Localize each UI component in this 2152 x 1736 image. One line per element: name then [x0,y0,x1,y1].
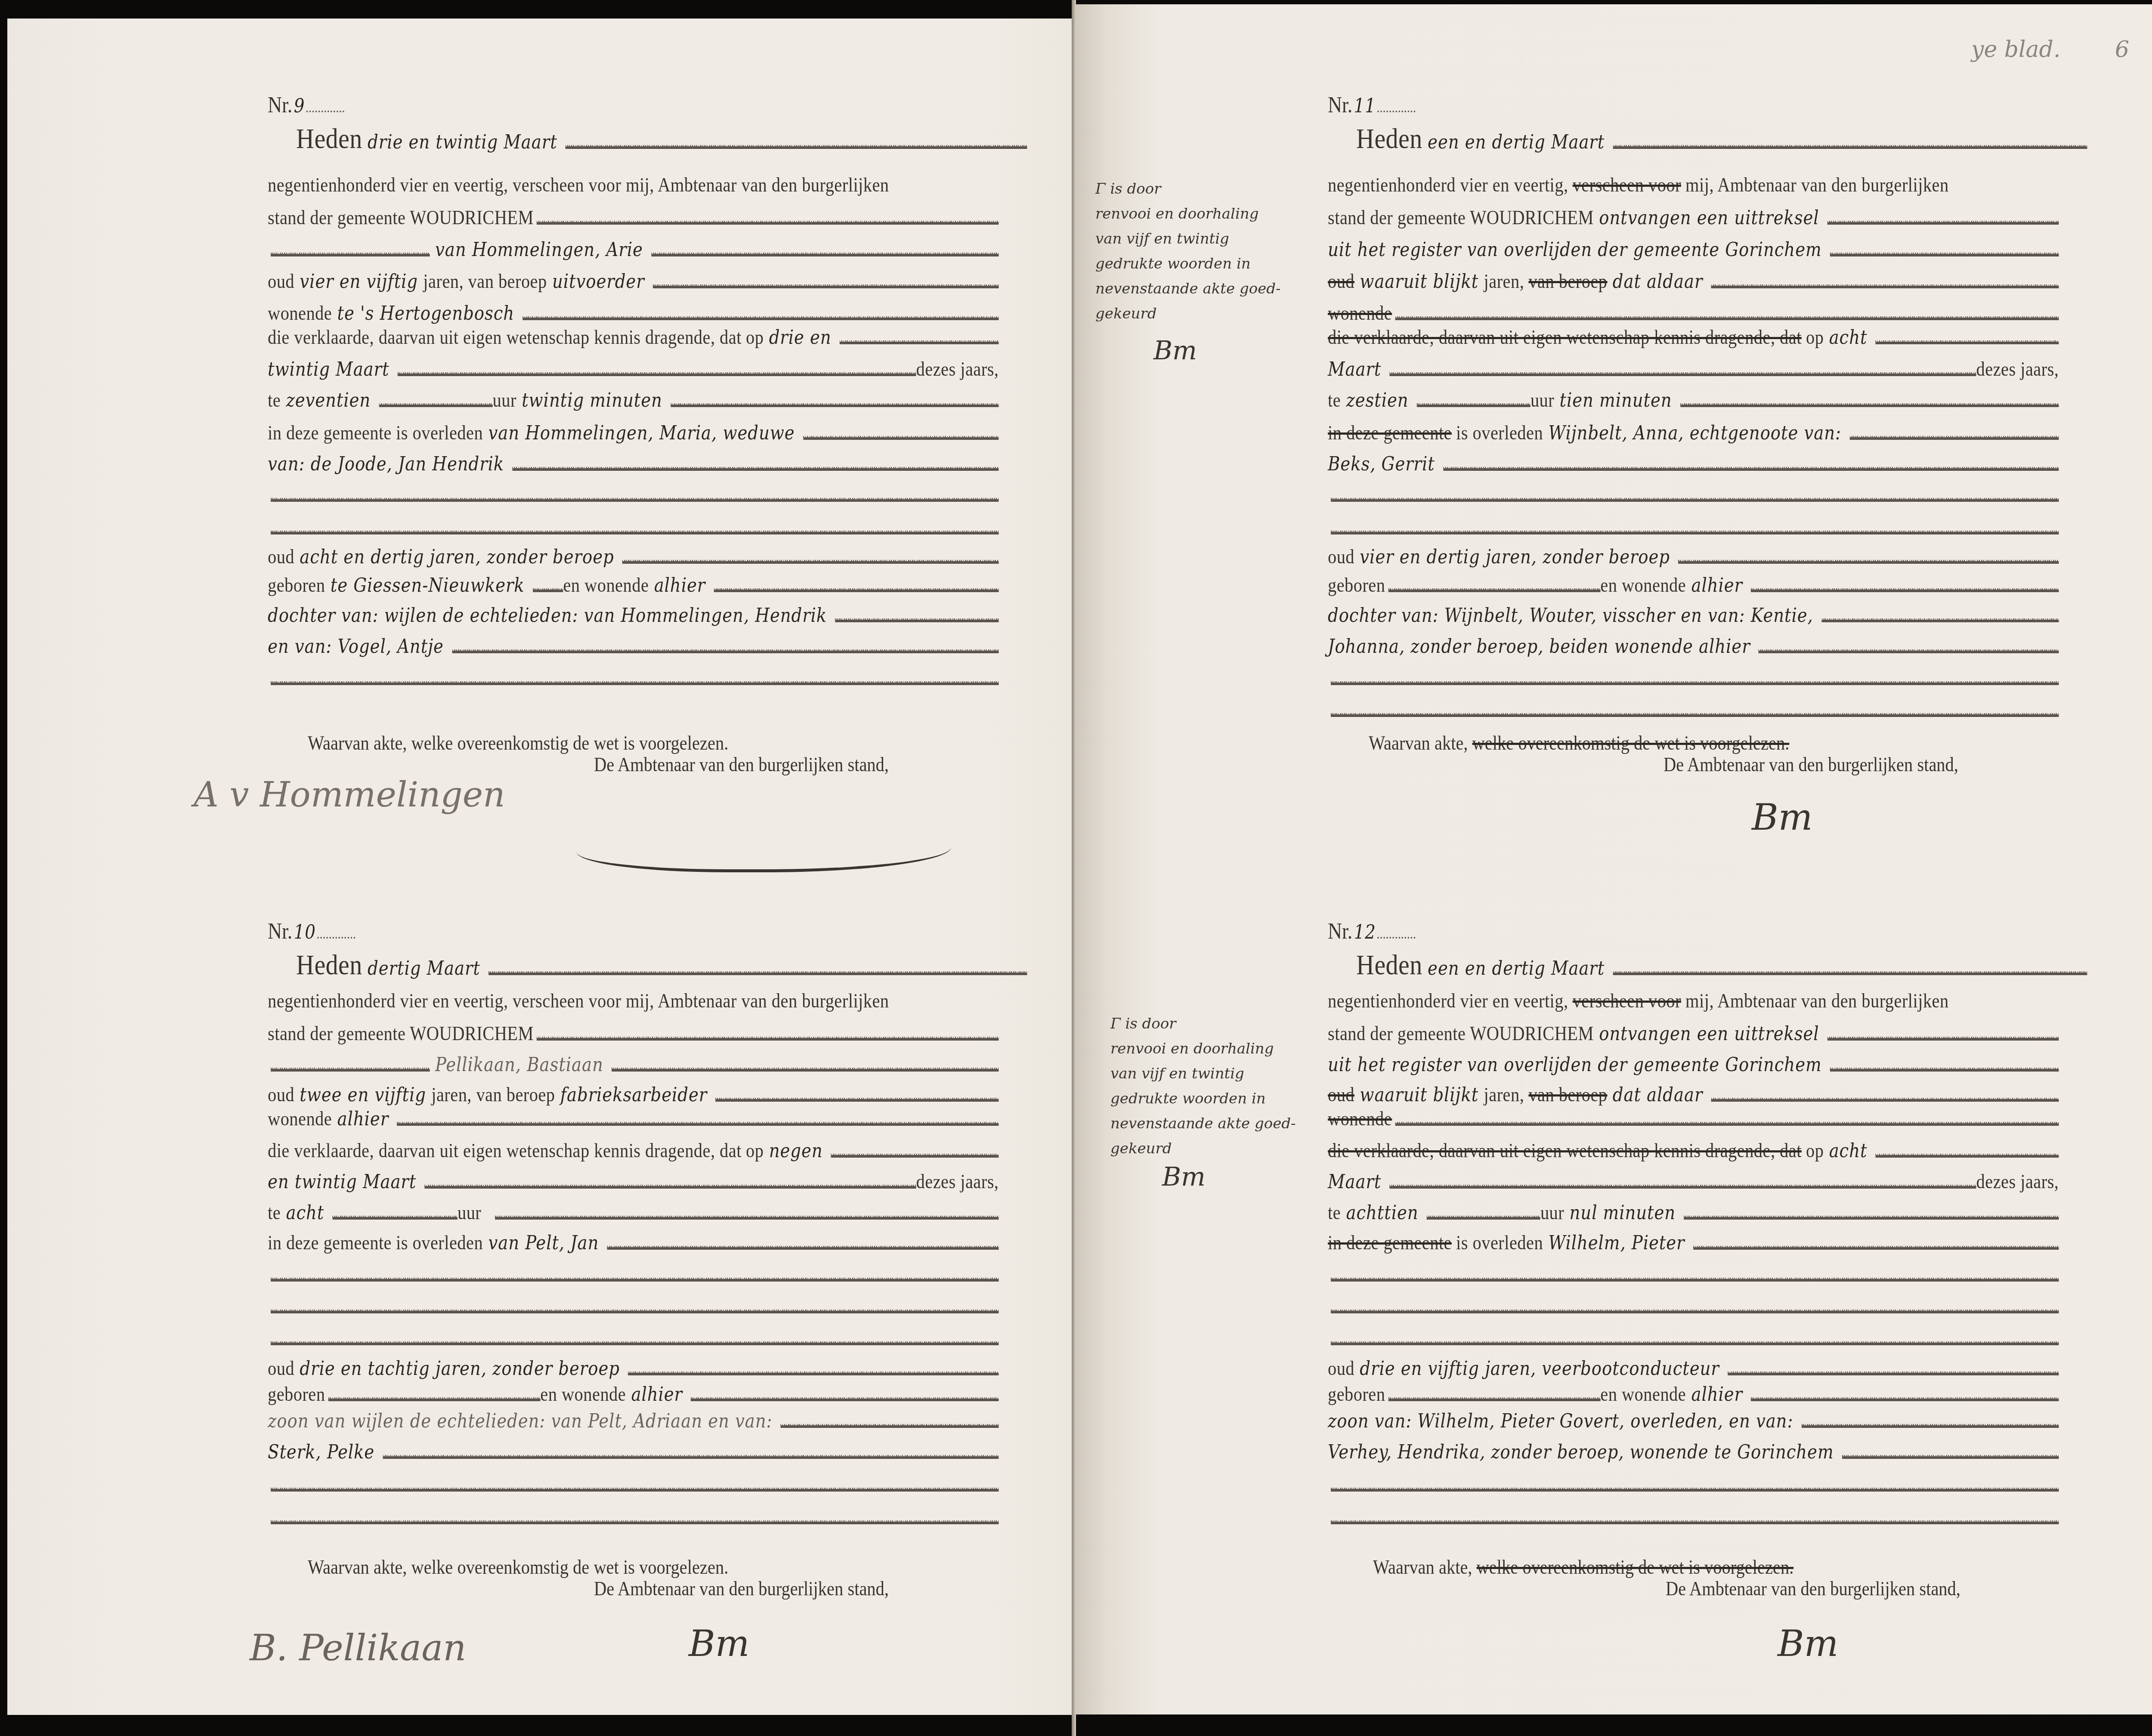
official-signature: Bm [1778,1622,1838,1665]
printed-text: die verklaarde, daarvan uit eigen wetens… [1328,1139,1802,1162]
date-line: twintig Maartdezes jaars, [268,356,999,380]
handwritten-entry: acht [286,1202,324,1224]
handwritten-entry: Maart [1328,1171,1381,1193]
handwritten-entry: uit het register van overlijden der geme… [1328,1054,1822,1076]
handwritten-entry: Verhey, Hendrika, zonder beroep, wonende… [1328,1441,1834,1463]
handwritten-entry: achttien [1346,1202,1418,1224]
fill-line [271,1066,430,1072]
stand-line: stand der gemeente WOUDRICHEMontvangen e… [1328,205,2059,229]
fill-line [1395,315,2059,320]
printed-text: Waarvan akte, [1369,732,1468,754]
fill-line [271,1308,999,1313]
printed-text: welke overeenkomstig de wet is voorgelez… [411,732,729,754]
printed-text: in deze gemeente [1328,421,1452,444]
printed-text: Heden [296,951,362,979]
handwritten-entry: Wilhelm, Pieter [1548,1232,1685,1254]
fill-line [1443,466,2059,471]
printed-text: wonende [1328,1107,1392,1130]
handwritten-entry: Wijnbelt, Anna, echtgenoote van: [1548,422,1841,444]
corner-note: ye blad. 6 [1971,37,2129,62]
heden-line: Hedeneen en dertig Maart [1328,955,2087,979]
margin-initials: Bm [1153,336,1197,366]
handwritten-entry: vier en vijftig [300,271,418,293]
fill-line [271,1519,999,1524]
parents-line-2: en van: Vogel, Antje [268,633,999,658]
blank-line [268,665,999,689]
fill-line [1388,1396,1600,1401]
printed-text: op [1806,1139,1824,1162]
printed-text: geboren [268,1383,325,1405]
declarant-signature: A v Hommelingen [194,775,505,815]
record-11-closing: Waarvan akte, welke overeenkomstig de we… [1369,732,1789,754]
printed-text: op [746,1139,764,1162]
printed-text: Heden [1356,125,1422,153]
official-signature [577,822,951,872]
printed-text: die verklaarde, daarvan uit eigen wetens… [268,326,742,349]
fill-line [1331,497,2059,502]
parents-line-1: zoon van wijlen de echtelieden: van Pelt… [268,1408,999,1432]
birth-line: geborenen wonendealhier [1328,1381,2059,1405]
handwritten-entry: een en dertig Maart [1428,958,1605,979]
handwritten-entry: Sterk, Pelke [268,1441,374,1463]
record-9-official-label: De Ambtenaar van den burgerlijken stand, [594,753,889,776]
handwritten-entry: drie en tachtig jaren, zonder beroep [300,1358,620,1380]
residence-line-struck: wonende [1328,300,2059,324]
printed-text: De Ambtenaar van den burgerlijken stand, [594,754,889,775]
printed-text: te [1328,389,1341,411]
printed-text: oud [1328,270,1354,293]
fill-line [1684,1214,2059,1220]
declaration-line-struck: die verklaarde, daarvan uit eigen wetens… [1328,324,2059,349]
record-10-official-label: De Ambtenaar van den burgerlijken stand, [594,1577,889,1600]
handwritten-entry: dat aldaar [1613,1084,1703,1106]
fill-line [1678,559,2059,564]
fill-line [1830,1066,2059,1072]
fill-line [1751,1396,2059,1401]
printed-text [1377,111,1415,112]
handwritten-entry: van: de Joode, Jan Hendrik [268,453,504,475]
fill-line [271,1340,999,1345]
handwritten-entry: van Hommelingen, Maria, weduwe [488,422,795,444]
deceased-age-line: oudacht en dertig jaren, zonder beroep [268,544,999,568]
printed-text: dezes jaars, [916,1170,999,1193]
residence-line: wonendealhier [268,1106,999,1130]
printed-text: negentienhonderd vier en veertig, [1328,989,1568,1012]
book-gutter [1072,0,1076,1736]
birth-line: geborenen wonendealhier [268,1381,999,1405]
fill-line [425,1183,916,1189]
fill-line [271,251,430,256]
printed-text: welke overeenkomstig de wet is voorgelez… [1477,1556,1794,1578]
fill-line [333,1214,458,1220]
printed-text: De Ambtenaar van den burgerlijken stand, [1666,1578,1960,1600]
handwritten-entry: dochter van: wijlen de echtelieden: van … [268,605,827,627]
year-line: negentienhonderd vier en veertig, versch… [268,172,999,196]
fill-line [1728,1370,2059,1375]
handwritten-entry: waaruit blijkt [1360,271,1478,293]
handwritten-entry: dertig Maart [368,958,480,979]
fill-line [1711,283,2059,288]
handwritten-entry: Beks, Gerrit [1328,453,1435,475]
date-line: Maartdezes jaars, [1328,356,2059,380]
fill-line [398,371,916,376]
fill-line [691,1396,999,1401]
age-line: oudtwee en vijftigjaren, van beroepfabri… [268,1082,999,1106]
printed-text: Nr. [268,93,292,117]
handwritten-entry: ontvangen een uittreksel [1599,1023,1819,1045]
parents-line-1: dochter van: Wijnbelt, Wouter, visscher … [1328,602,2059,627]
printed-text: geboren [268,574,325,596]
printed-text: in deze gemeente [268,1231,392,1254]
stand-line: stand der gemeente WOUDRICHEM [268,205,999,229]
fill-line [566,144,1027,149]
parents-line-2: Sterk, Pelke [268,1439,999,1463]
residence-line: wonendete 's Hertogenbosch [268,300,999,324]
blank-line [268,482,999,506]
blank-line [1328,1294,2059,1318]
stand-line: stand der gemeente WOUDRICHEM [268,1021,999,1045]
printed-text: is overleden [1456,1231,1543,1254]
handwritten-entry: te Giessen-Nieuwkerk [331,575,525,596]
record-9-closing: Waarvan akte, welke overeenkomstig de we… [308,732,728,754]
handwritten-entry: zoon van wijlen de echtelieden: van Pelt… [268,1410,773,1432]
fill-line [1821,617,2059,622]
handwritten-entry: twintig minuten [522,389,662,411]
handwritten-entry: 11 [1354,95,1376,117]
heden-line: Hedeneen en dertig Maart [1328,129,2087,153]
time-line: teachtuur [268,1200,999,1224]
birth-line: geborente Giessen-Nieuwkerken wonendealh… [268,572,999,596]
declarant-signature: B. Pellikaan [250,1627,466,1669]
fill-line [612,1066,999,1072]
fill-line [1331,1276,2059,1282]
official-signature: Bm [689,1622,749,1665]
deceased-age-line: ouddrie en tachtig jaren, zonder beroep [268,1356,999,1380]
deceased-line-2: Beks, Gerrit [1328,451,2059,475]
deceased-line-1: in deze gemeente is overledenWilhelm, Pi… [1328,1230,2059,1254]
handwritten-entry: dochter van: Wijnbelt, Wouter, visscher … [1328,605,1813,627]
parents-line-2: Verhey, Hendrika, zonder beroep, wonende… [1328,1439,2059,1463]
fill-line [1331,712,2059,717]
fill-line [328,1396,540,1401]
time-line: tezeventienuurtwintig minuten [268,387,999,411]
printed-text: uur [1540,1201,1564,1224]
fill-line [271,1276,999,1282]
blank-line [1328,1262,2059,1286]
printed-text: oud [1328,1357,1354,1380]
parents-line-1: dochter van: wijlen de echtelieden: van … [268,602,999,627]
birth-line: geborenen wonendealhier [1328,572,2059,596]
blank-line [1328,1472,2059,1496]
fill-line [1842,1454,2059,1459]
handwritten-entry: nul minuten [1569,1202,1676,1224]
printed-text: verscheen voor [1573,173,1681,196]
printed-text: Waarvan akte, [1373,1556,1472,1578]
blank-line [1328,665,2059,689]
printed-text: is overleden [1456,421,1543,444]
fill-line [1331,1486,2059,1492]
printed-text: jaren, [1484,1083,1524,1106]
residence-line-struck: wonende [1328,1106,2059,1130]
handwritten-entry: alhier [337,1108,389,1130]
printed-text: jaren, van beroep [431,1083,555,1106]
fill-line [383,1454,999,1459]
declaration-line-struck: die verklaarde, daarvan uit eigen wetens… [1328,1138,2059,1162]
heden-line: Hedendertig Maart [268,955,1027,979]
parents-line-2: Johanna, zonder beroep, beiden wonende a… [1328,633,2059,658]
handwritten-entry: zeventien [286,389,371,411]
fill-line [1390,1183,1976,1189]
printed-text: jaren, [1484,270,1524,293]
fill-line [1711,1097,2059,1102]
handwritten-entry: fabrieksarbeider [560,1084,707,1106]
fill-line [716,1097,999,1102]
margin-initials: Bm [1162,1162,1206,1192]
printed-text: en wonende [1600,1383,1686,1405]
printed-text: Waarvan akte, [308,1556,407,1578]
printed-text: verscheen voor [1573,989,1681,1012]
blank-line [1328,1325,2059,1350]
printed-text: te [268,1201,281,1224]
fill-line [653,283,999,288]
handwritten-entry: een en dertig Maart [1428,131,1605,153]
printed-text: Heden [296,125,362,153]
fill-line [271,1486,999,1492]
blank-line [1328,697,2059,721]
record-10-closing: Waarvan akte, welke overeenkomstig de we… [308,1556,728,1578]
printed-text: van beroep [1528,270,1607,293]
printed-text: dezes jaars, [916,358,999,380]
printed-text: negentienhonderd vier en veertig, versch… [268,173,889,196]
blank-line [1328,482,2059,506]
printed-text: wonende [268,302,332,324]
record-12-margin-note: Γ is door renvooi en doorhaling van vijf… [1110,1011,1334,1161]
handwritten-entry: alhier [631,1384,683,1405]
printed-text: van beroep [1528,1083,1607,1106]
handwritten-entry: acht [1829,1140,1868,1162]
fill-line [1759,648,2059,653]
printed-text: welke overeenkomstig de wet is voorgelez… [1472,732,1790,754]
printed-text: wonende [1328,302,1392,324]
record-11-number: Nr.11 [1328,93,1415,118]
deceased-line-1: in deze gemeente is overledenvan Hommeli… [268,420,999,444]
printed-text: stand der gemeente WOUDRICHEM [1328,1022,1594,1045]
fill-line [271,680,999,685]
fill-line [452,648,999,653]
date-line: en twintig Maartdezes jaars, [268,1169,999,1193]
fill-line [840,339,999,344]
blank-line [268,1262,999,1286]
fill-line [1388,587,1600,592]
fill-line [1802,1423,2059,1428]
printed-text: Nr. [1328,919,1352,944]
fill-line [714,587,999,592]
printed-text: negentienhonderd vier en veertig, [1328,173,1568,196]
blank-line [268,1472,999,1496]
printed-text: en wonende [540,1383,626,1405]
fill-line [537,1035,999,1041]
fill-line [1390,371,1976,376]
printed-text: dezes jaars, [1976,1170,2059,1193]
fill-line [1331,529,2059,534]
record-9-number: Nr.9 [268,93,344,118]
fill-line [671,402,999,407]
fill-line [1876,339,2059,344]
fill-line [628,1370,999,1375]
handwritten-entry: negen [769,1140,823,1162]
age-line: oudvier en vijftigjaren, van beroepuitvo… [268,269,999,293]
time-line: tezestienuurtien minuten [1328,387,2059,411]
stand-line: stand der gemeente WOUDRICHEMontvangen e… [1328,1021,2059,1045]
deceased-line-1: in deze gemeente is overledenvan Pelt, J… [268,1230,999,1254]
printed-text: uur [493,389,516,411]
handwritten-entry: acht en dertig jaren, zonder beroep [300,546,614,568]
fill-line [607,1245,999,1250]
handwritten-entry: drie en twintig Maart [368,131,557,153]
handwritten-entry: en van: Vogel, Antje [268,636,444,658]
fill-line [533,587,563,592]
corner-note-text: ye blad. [1971,37,2060,62]
handwritten-entry: van Hommelingen, Arie [435,239,643,261]
fill-line [537,219,999,225]
printed-text: die verklaarde, daarvan uit eigen wetens… [1328,326,1802,349]
printed-text: oud [268,270,294,293]
printed-text: oud [268,545,294,568]
fill-line [1830,251,2059,256]
time-line: teachttienuurnul minuten [1328,1200,2059,1224]
record-12-closing: Waarvan akte, welke overeenkomstig de we… [1373,1556,1793,1578]
inserted-line: uit het register van overlijden der geme… [1328,237,2059,261]
printed-text: en wonende [563,574,649,596]
handwritten-entry: 10 [294,921,316,943]
date-line: Maartdezes jaars, [1328,1169,2059,1193]
printed-text [306,111,344,112]
fill-line [397,1121,999,1126]
fill-line [495,1214,999,1220]
deceased-line-1: in deze gemeente is overledenWijnbelt, A… [1328,420,2059,444]
heden-line: Hedendrie en twintig Maart [268,129,1027,153]
fill-line [1827,219,2059,225]
declaration-line: die verklaarde, daarvan uit eigen wetens… [268,1138,999,1162]
official-signature: Bm [1752,796,1812,838]
handwritten-entry: Maart [1328,358,1381,380]
blank-line [1328,515,2059,539]
printed-text: geboren [1328,1383,1385,1405]
deceased-age-line: ouddrie en vijftig jaren, veerbootconduc… [1328,1356,2059,1380]
handwritten-entry: te 's Hertogenbosch [337,303,515,324]
printed-text: De Ambtenaar van den burgerlijken stand, [594,1578,889,1600]
printed-text: mij, Ambtenaar van den burgerlijken [1685,989,1949,1012]
fill-line [1693,1245,2059,1250]
year-line: negentienhonderd vier en veertig, versch… [1328,172,2059,196]
record-12-number: Nr.12 [1328,919,1415,944]
printed-text: oud [1328,545,1354,568]
handwritten-entry: alhier [654,575,706,596]
printed-text: negentienhonderd vier en veertig, versch… [268,989,889,1012]
printed-text: oud [268,1083,294,1106]
printed-text: dezes jaars, [1976,358,2059,380]
fill-line [1613,970,2087,975]
printed-text: in deze gemeente [268,421,392,444]
fill-line [523,315,999,320]
blank-line [1328,1504,2059,1529]
printed-text: te [268,389,281,411]
blank-line [268,1325,999,1350]
printed-text: stand der gemeente WOUDRICHEM [268,1022,534,1045]
deceased-age-line: oudvier en dertig jaren, zonder beroep [1328,544,2059,568]
fill-line [831,1152,999,1158]
printed-text: De Ambtenaar van den burgerlijken stand, [1663,754,1958,775]
fill-line [489,970,1027,975]
declaration-line: die verklaarde, daarvan uit eigen wetens… [268,324,999,349]
handwritten-entry: zoon van: Wilhelm, Pieter Govert, overle… [1328,1410,1793,1432]
handwritten-entry: uitvoerder [552,271,645,293]
fill-line [1849,435,2059,440]
printed-text: geboren [1328,574,1385,596]
handwritten-entry: uit het register van overlijden der geme… [1328,239,1822,261]
printed-text: op [746,326,764,349]
fill-line [781,1423,999,1428]
printed-text [317,937,355,939]
handwritten-entry: Johanna, zonder beroep, beiden wonende a… [1328,636,1750,658]
record-11-official-label: De Ambtenaar van den burgerlijken stand, [1663,753,1958,776]
handwritten-entry: acht [1829,327,1868,349]
record-10-number: Nr.10 [268,919,355,944]
parents-line-1: zoon van: Wilhelm, Pieter Govert, overle… [1328,1408,2059,1432]
fill-line [271,529,999,534]
printed-text: stand der gemeente WOUDRICHEM [268,206,534,229]
printed-text: welke overeenkomstig de wet is voorgelez… [411,1556,729,1578]
fill-line [622,559,999,564]
handwritten-entry: drie en [769,327,832,349]
printed-text: en wonende [1600,574,1686,596]
fill-line [1876,1152,2059,1158]
fill-line [1331,680,2059,685]
printed-text: uur [1531,389,1554,411]
fill-line [1613,144,2087,149]
handwritten-entry: ontvangen een uittreksel [1599,207,1819,229]
printed-text: oud [268,1357,294,1380]
printed-text: Nr. [1328,93,1352,117]
printed-text [1377,937,1415,939]
printed-text: stand der gemeente WOUDRICHEM [1328,206,1594,229]
handwritten-entry: vier en dertig jaren, zonder beroep [1360,546,1670,568]
printed-text: Waarvan akte, [308,732,407,754]
year-line: negentienhonderd vier en veertig, versch… [1328,988,2059,1012]
fill-line [1751,587,2059,592]
printed-text: wonende [268,1107,332,1130]
handwritten-entry: tien minuten [1560,389,1672,411]
declarant-line: Pellikaan, Bastiaan [268,1052,999,1076]
handwritten-entry: 9 [294,95,305,117]
fill-line [1331,1308,2059,1313]
printed-text: die verklaarde, daarvan uit eigen wetens… [268,1139,742,1162]
fill-line [271,497,999,502]
record-11-margin-note: Γ is door renvooi en doorhaling van vijf… [1095,176,1319,326]
printed-text: oud [1328,1083,1354,1106]
fill-line [1680,402,2059,407]
fill-line [803,435,999,440]
page-number: 6 [2115,37,2129,62]
printed-text: uur [458,1201,481,1224]
printed-text: op [1806,326,1824,349]
handwritten-entry: 12 [1354,921,1376,943]
handwritten-entry: twintig Maart [268,358,389,380]
fill-line [1331,1340,2059,1345]
fill-line [513,466,999,471]
blank-line [268,1294,999,1318]
handwritten-entry: waaruit blijkt [1360,1084,1478,1106]
